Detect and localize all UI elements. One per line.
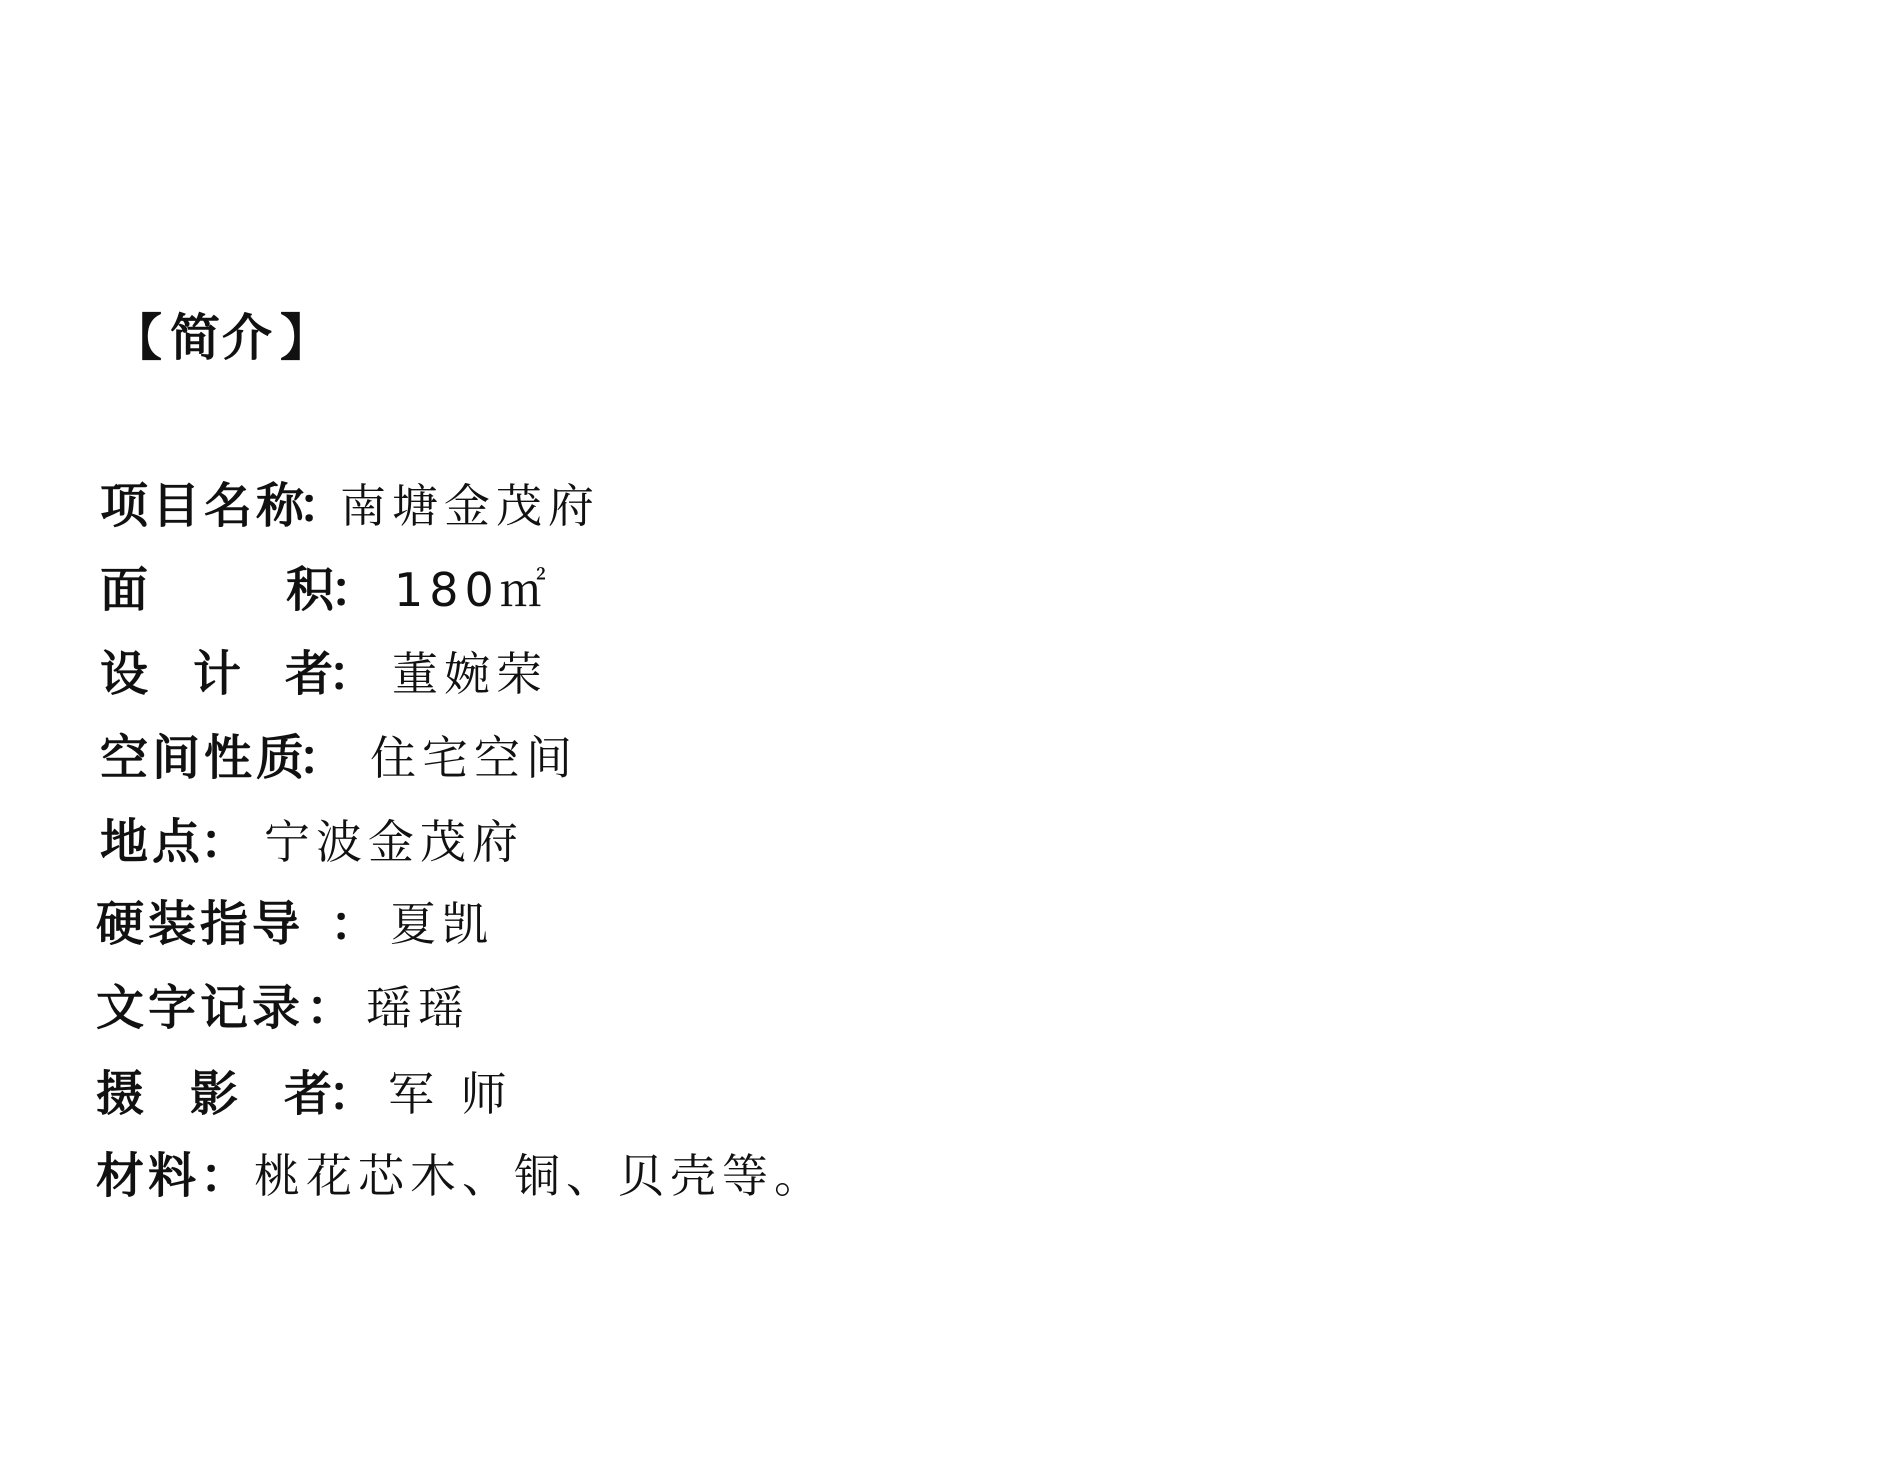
- title-close-bracket: 】: [280, 309, 332, 367]
- field-label: 材料: [96, 1146, 200, 1206]
- field-colon: ：: [330, 560, 378, 620]
- field-value: 军 师: [388, 1064, 513, 1124]
- field-colon: ：: [200, 812, 248, 872]
- field-label: 硬装指导: [96, 894, 304, 954]
- field-colon: ：: [328, 1064, 376, 1124]
- field-colon: ：: [330, 894, 378, 954]
- field-label-char: 计: [193, 644, 245, 704]
- field-value: 董婉荣: [392, 644, 548, 704]
- field-value: 180㎡: [394, 560, 552, 620]
- field-value: 桃花芯木、铜、贝壳等。: [254, 1146, 826, 1206]
- field-colon: ：: [298, 476, 346, 536]
- field-value: 宁波金茂府: [264, 812, 524, 872]
- field-label-char: 摄: [96, 1064, 148, 1124]
- title-text: 简介: [170, 309, 274, 367]
- title-open-bracket: 【: [112, 309, 164, 367]
- field-label-char: 影: [190, 1064, 242, 1124]
- field-colon: ：: [200, 1146, 248, 1206]
- field-label: 文字记录: [96, 978, 304, 1038]
- section-title: 【简介】: [112, 306, 332, 370]
- field-colon: ：: [298, 728, 346, 788]
- field-label-char: 设: [100, 644, 152, 704]
- field-value: 夏凯: [390, 894, 494, 954]
- field-value: 瑶瑶: [366, 978, 470, 1038]
- field-label: 地点: [100, 812, 204, 872]
- field-label-char: 面: [100, 560, 152, 620]
- field-label: 项目名称: [100, 476, 308, 536]
- field-colon: ：: [328, 644, 376, 704]
- field-colon: ：: [306, 978, 354, 1038]
- field-value: 南塘金茂府: [340, 476, 600, 536]
- field-value: 住宅空间: [370, 728, 578, 788]
- field-label: 空间性质: [100, 728, 308, 788]
